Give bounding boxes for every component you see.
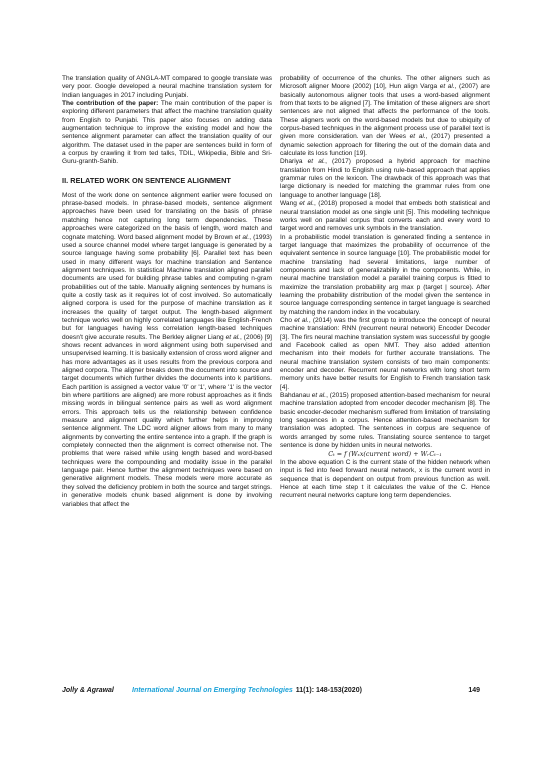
paper-page: The translation quality of ANGLA-MT comp… [62, 75, 490, 509]
et-al: et al. [226, 334, 240, 341]
contribution-paragraph: The contribution of the paper: The main … [62, 100, 272, 167]
et-al: et al. [235, 234, 249, 241]
text-run: , (2014) was the first group to introduc… [280, 317, 490, 391]
left-column: The translation quality of ANGLA-MT comp… [62, 75, 272, 509]
et-al: et al. [294, 317, 309, 324]
intro-paragraph: The translation quality of ANGLA-MT comp… [62, 75, 272, 100]
et-al: et al. [410, 133, 426, 140]
contribution-label: The contribution of the paper: [62, 100, 158, 107]
rnn-equation: Cₜ = f (Wₓx(current word) + WᵣCₜ₋₁ [280, 450, 490, 458]
et-al: et al. [299, 200, 314, 207]
text-run: , (1993) used a source channel model whe… [62, 234, 272, 341]
aligners-paragraph: probability of occurrence of the chunks.… [280, 75, 490, 158]
text-run: , (2007) are basically autonomous aligne… [280, 83, 490, 140]
text-run: Dhariya [280, 158, 308, 165]
section-heading: II. RELATED WORK ON SENTENCE ALIGNMENT [62, 176, 272, 185]
footer-authors: Jolly & Agrawal [62, 687, 132, 694]
page-number: 149 [468, 687, 480, 694]
contribution-text: The main contribution of the paper is ex… [62, 100, 272, 165]
probabilistic-paragraph: In a probabilistic model translation is … [280, 234, 490, 317]
wang-paragraph: Wang et al., (2018) proposed a model tha… [280, 200, 490, 233]
text-run: , (2015) proposed attention-based mechan… [280, 392, 490, 449]
text-run: Cho [280, 317, 294, 324]
page-footer: Jolly & Agrawal International Journal on… [62, 687, 490, 694]
et-al: et al. [440, 83, 455, 90]
related-work-paragraph: Most of the work done on sentence alignm… [62, 192, 272, 509]
et-al: et al. [312, 392, 326, 399]
cho-paragraph: Cho et al., (2014) was the first group t… [280, 317, 490, 392]
footer-journal-name: International Journal on Emerging Techno… [132, 687, 293, 694]
text-run: , (2006) [9] shows recent advances in wo… [62, 334, 272, 508]
two-column-body: The translation quality of ANGLA-MT comp… [62, 75, 490, 509]
text-run: Wang [280, 200, 299, 207]
et-al: et al. [308, 158, 325, 165]
bahdanau-paragraph: Bahdanau et al., (2015) proposed attenti… [280, 392, 490, 450]
dhariya-paragraph: Dhariya et al., (2017) proposed a hybrid… [280, 158, 490, 200]
footer-volume: 11(1): 148-153(2020) [296, 687, 362, 694]
equation-explanation-paragraph: In the above equation C is the current s… [280, 459, 490, 501]
right-column: probability of occurrence of the chunks.… [280, 75, 490, 509]
text-run: Bahdanau [280, 392, 312, 399]
